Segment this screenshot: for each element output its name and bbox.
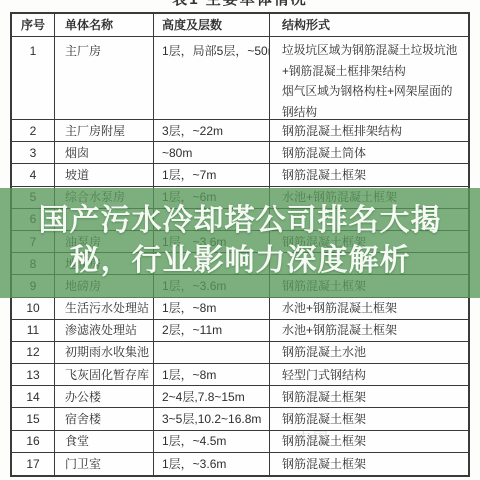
structure-form-cell: 钢筋混凝土框架 <box>270 453 468 475</box>
height-floors-cell <box>154 342 270 364</box>
row-number-cell: 1 <box>12 37 55 120</box>
header-col-height: 高度及层数 <box>154 14 270 37</box>
table-row: 3烟囱~80m钢筋混凝土筒体 <box>12 142 468 164</box>
height-floors-cell: 3~5层,10.2~16.8m <box>154 408 270 430</box>
table-row: 2主厂房附屋3层，~22m钢筋混凝土框排架结构 <box>12 120 468 142</box>
row-number-cell: 4 <box>12 164 55 186</box>
unit-name-cell: 烟囱 <box>55 142 154 164</box>
height-floors-cell: 1层，局部5层，~50m <box>154 37 270 120</box>
table-row: 15宿舍楼3~5层,10.2~16.8m钢筋混凝土框架 <box>12 408 468 430</box>
screenshot-page: { "caption": { "text": "表1 主要单体情况" }, "b… <box>0 0 480 480</box>
row-number-cell: 3 <box>12 142 55 164</box>
unit-name-cell: 办公楼 <box>55 386 154 408</box>
banner-line-2: 秘，行业影响力深度解析 <box>0 244 480 278</box>
structure-form-cell: 钢筋混凝土筒体 <box>270 142 468 164</box>
structure-form-cell: 钢筋混凝土框架 <box>270 164 468 186</box>
banner-line-1: 国产污水冷却塔公司排名大揭 <box>0 204 480 238</box>
unit-name-cell: 渗滤液处理站 <box>55 320 154 342</box>
unit-name-cell: 食堂 <box>55 431 154 453</box>
unit-name-cell: 飞灰固化暂存库 <box>55 364 154 386</box>
table-row: 11渗滤液处理站2层，~11m水池+钢筋混凝土框架 <box>12 320 468 342</box>
row-number-cell: 12 <box>12 342 55 364</box>
row-number-cell: 17 <box>12 453 55 475</box>
unit-name-cell: 初期雨水收集池 <box>55 342 154 364</box>
overlay-banner: 国产污水冷却塔公司排名大揭 秘，行业影响力深度解析 <box>0 188 480 298</box>
table-row: 13飞灰固化暂存库1层，~8m轻型门式钢结构 <box>12 364 468 386</box>
structure-form-cell: 水池+钢筋混凝土框架 <box>270 298 468 320</box>
header-col-structure: 结构形式 <box>270 14 468 37</box>
header-col-number: 序号 <box>12 14 55 37</box>
row-number-cell: 11 <box>12 320 55 342</box>
structure-form-cell: 钢筋混凝土框架 <box>270 386 468 408</box>
table-header-row: 序号 单体名称 高度及层数 结构形式 <box>12 14 468 37</box>
unit-name-cell: 主厂房附屋 <box>55 120 154 142</box>
row-number-cell: 2 <box>12 120 55 142</box>
height-floors-cell: 1层，~8m <box>154 364 270 386</box>
structure-form-cell: 钢筋混凝土水池 <box>270 342 468 364</box>
height-floors-cell: 1层，~7m <box>154 164 270 186</box>
watermark-text: 中国 <box>296 427 330 448</box>
row-number-cell: 14 <box>12 386 55 408</box>
height-floors-cell: ~80m <box>154 142 270 164</box>
height-floors-cell: 1层，~3.6m <box>154 453 270 475</box>
unit-name-cell: 宿舍楼 <box>55 408 154 430</box>
height-floors-cell: 3层，~22m <box>154 120 270 142</box>
height-floors-cell: 1层，~4.5m <box>154 431 270 453</box>
table-caption-clipped: 表1 主要单体情况 <box>0 0 480 6</box>
height-floors-cell: 2层，~11m <box>154 320 270 342</box>
table-row: 1主厂房1层，局部5层，~50m垃圾坑区域为钢筋混凝土垃圾坑池+钢筋混凝土框排架… <box>12 37 468 120</box>
table-caption-text: 表1 主要单体情况 <box>0 0 480 6</box>
structure-form-cell: 水池+钢筋混凝土框架 <box>270 320 468 342</box>
row-number-cell: 16 <box>12 431 55 453</box>
structure-form-cell: 钢筋混凝土框排架结构 <box>270 120 468 142</box>
structure-form-cell: 轻型门式钢结构 <box>270 364 468 386</box>
unit-name-cell: 生活污水处理站 <box>55 298 154 320</box>
table-row: 12初期雨水收集池钢筋混凝土水池 <box>12 342 468 364</box>
height-floors-cell: 1层，~8m <box>154 298 270 320</box>
row-number-cell: 10 <box>12 298 55 320</box>
unit-name-cell: 门卫室 <box>55 453 154 475</box>
table-row: 4坡道1层，~7m钢筋混凝土框架 <box>12 164 468 186</box>
row-number-cell: 13 <box>12 364 55 386</box>
table-row: 14办公楼2~4层,7.8~15m钢筋混凝土框架 <box>12 386 468 408</box>
table-row: 10生活污水处理站1层，~8m水池+钢筋混凝土框架 <box>12 298 468 320</box>
table-row: 17门卫室1层，~3.6m钢筋混凝土框架 <box>12 453 468 475</box>
row-number-cell: 15 <box>12 408 55 430</box>
height-floors-cell: 2~4层,7.8~15m <box>154 386 270 408</box>
structure-form-cell: 垃圾坑区域为钢筋混凝土垃圾坑池+钢筋混凝土框排架结构 烟气区域为钢格构柱+网架屋… <box>270 37 468 120</box>
unit-name-cell: 主厂房 <box>55 37 154 120</box>
unit-name-cell: 坡道 <box>55 164 154 186</box>
header-col-name: 单体名称 <box>55 14 154 37</box>
table-row: 16食堂1层，~4.5m钢筋混凝土框架 <box>12 431 468 453</box>
